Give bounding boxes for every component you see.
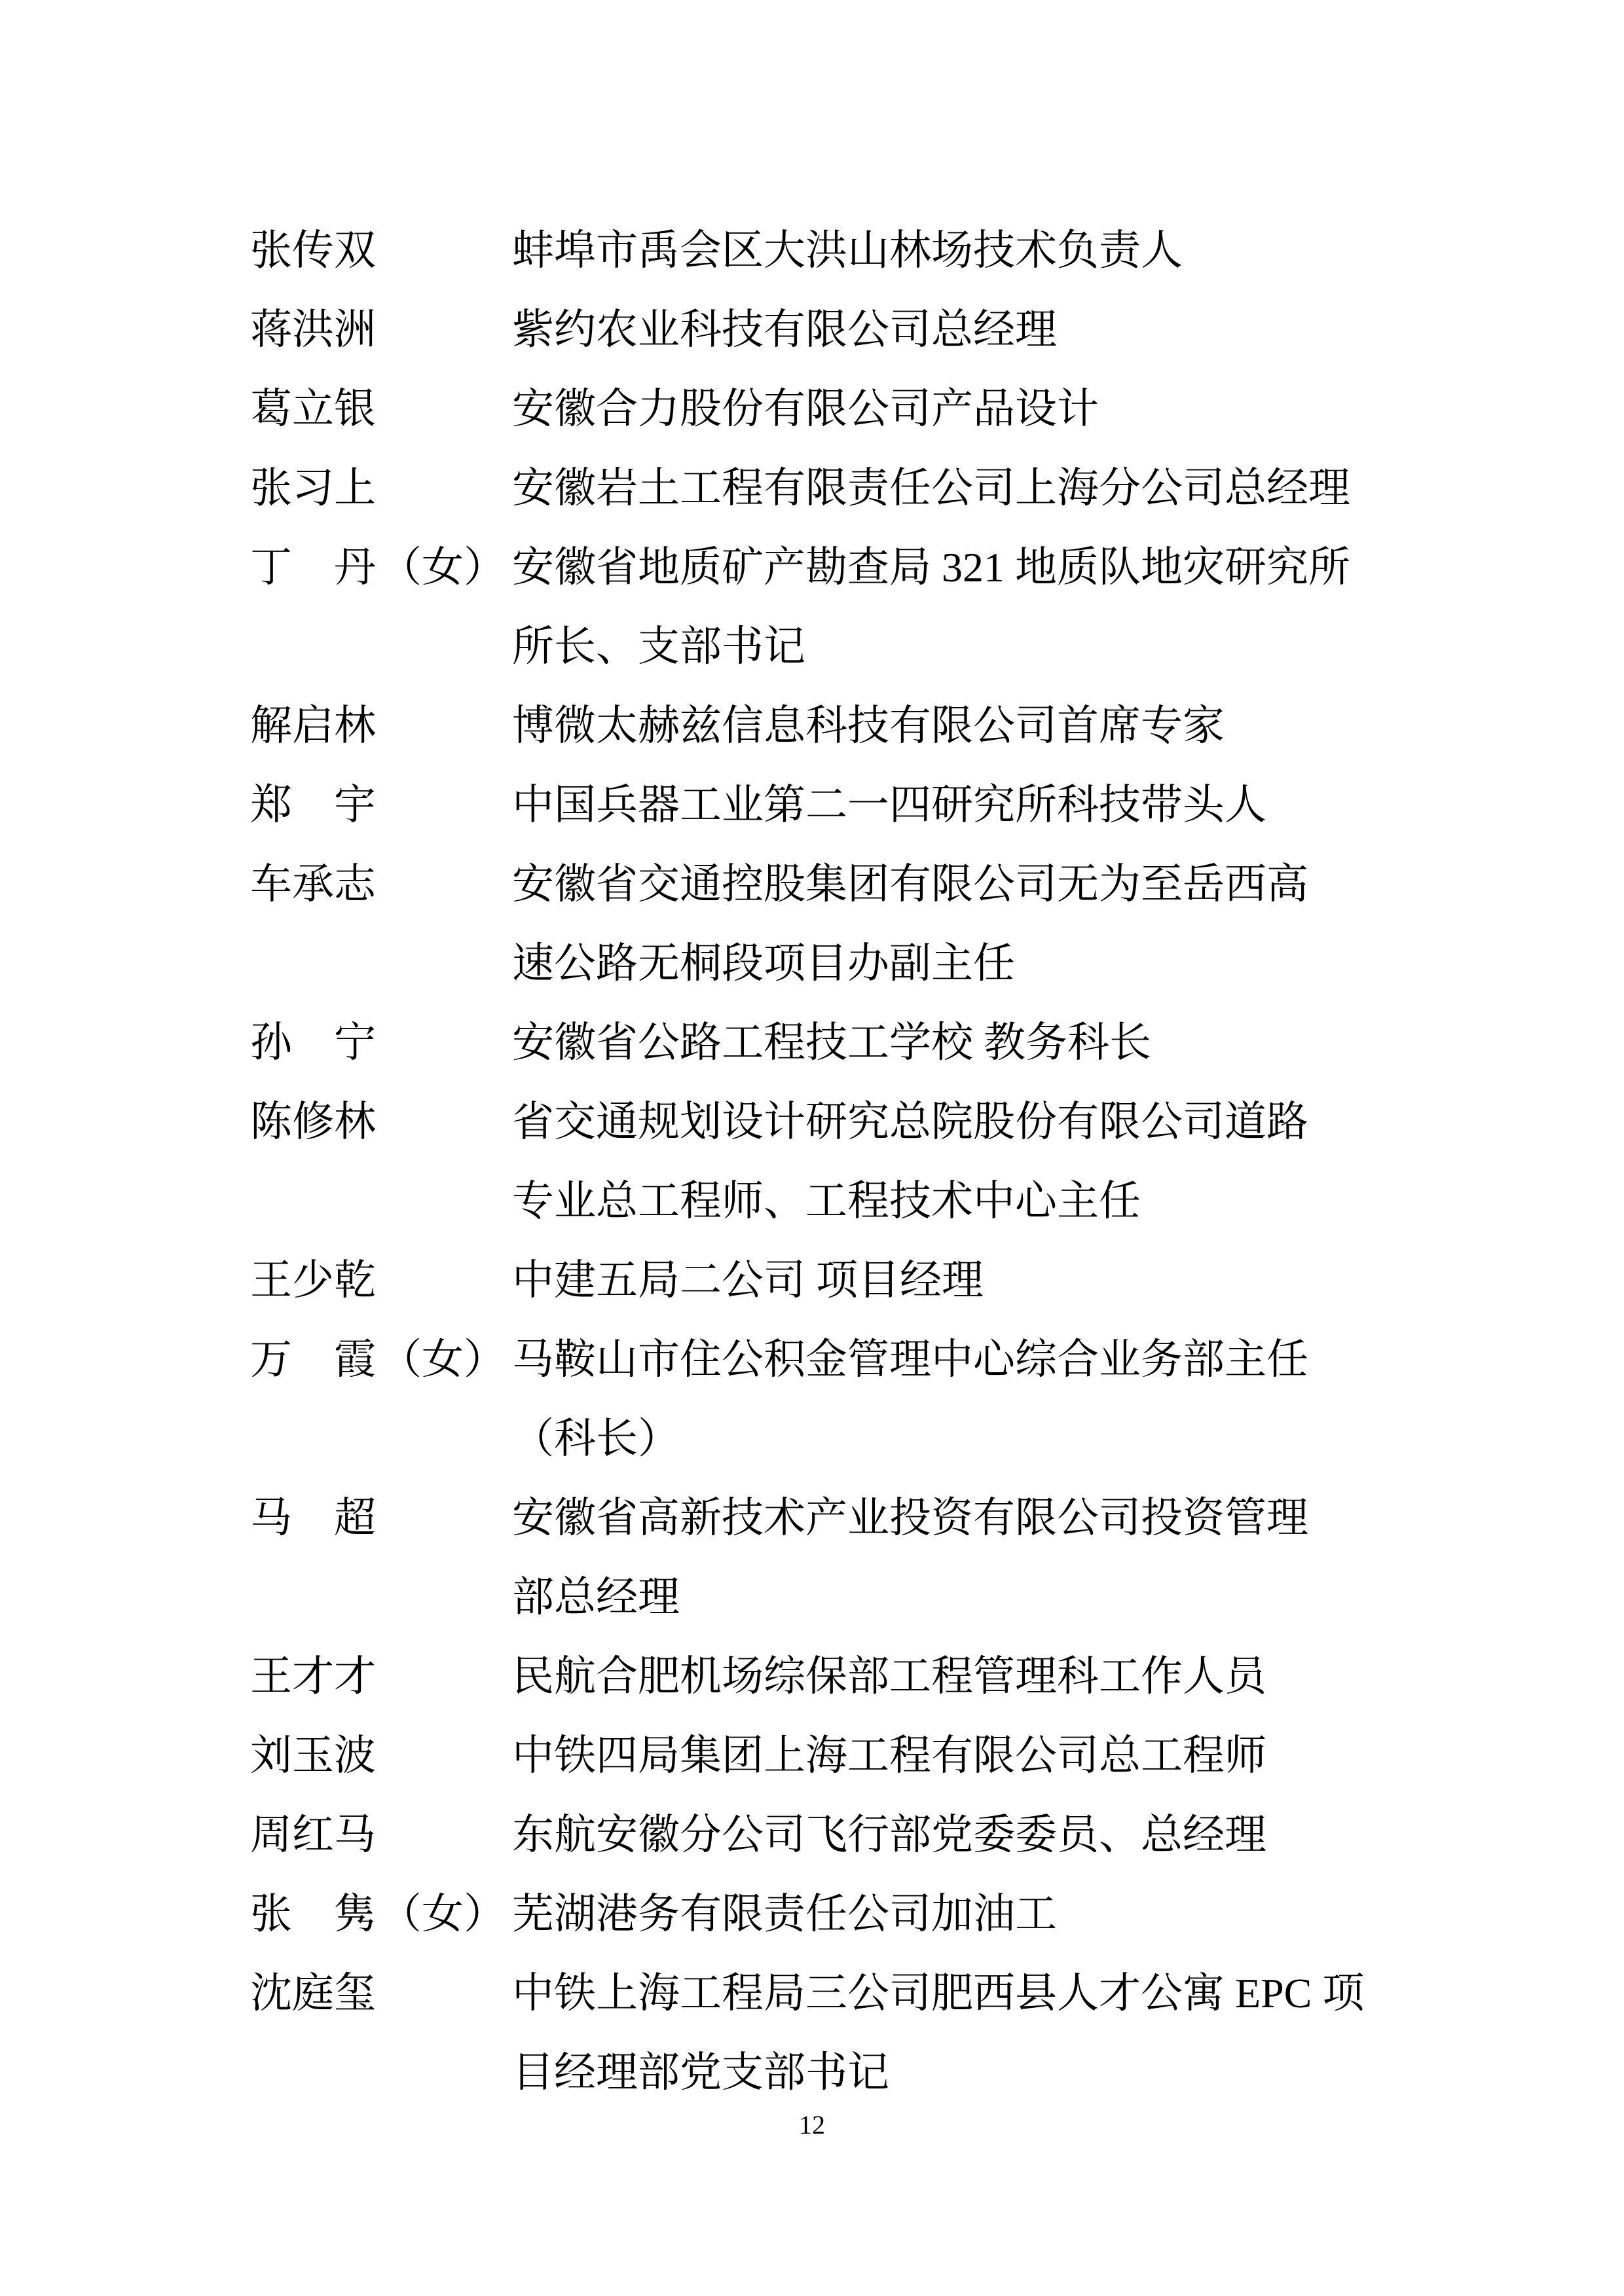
job-title-line: 中铁四局集团上海工程有限公司总工程师 bbox=[512, 1716, 1403, 1795]
name-column: 万 霞（女） bbox=[250, 1320, 512, 1399]
title-column: 中铁四局集团上海工程有限公司总工程师 bbox=[512, 1716, 1403, 1795]
job-title-line: （科长） bbox=[512, 1399, 1403, 1478]
person-name: 万 霞 bbox=[250, 1320, 376, 1399]
name-column: 张传双 bbox=[250, 211, 512, 290]
title-column: 中建五局二公司 项目经理 bbox=[512, 1241, 1403, 1320]
list-item: 王少乾 中建五局二公司 项目经理 bbox=[250, 1241, 1403, 1320]
list-item: 张习上 安徽岩土工程有限责任公司上海分公司总经理 bbox=[250, 448, 1403, 528]
title-column: 省交通规划设计研究总院股份有限公司道路 专业总工程师、工程技术中心主任 bbox=[512, 1082, 1403, 1241]
person-name: 葛立银 bbox=[250, 369, 376, 448]
person-name: 蒋洪洲 bbox=[250, 290, 376, 369]
list-item: 解启林 博微太赫兹信息科技有限公司首席专家 bbox=[250, 686, 1403, 765]
title-column: 安徽省交通控股集团有限公司无为至岳西高 速公路无桐段项目办副主任 bbox=[512, 845, 1403, 1003]
job-title-line: 芜湖港务有限责任公司加油工 bbox=[512, 1874, 1403, 1954]
job-title-line: 安徽省地质矿产勘查局 321 地质队地灾研究所 bbox=[512, 528, 1403, 607]
title-column: 紫约农业科技有限公司总经理 bbox=[512, 290, 1403, 369]
title-column: 安徽岩土工程有限责任公司上海分公司总经理 bbox=[512, 448, 1403, 528]
name-column: 葛立银 bbox=[250, 369, 512, 448]
job-title-line: 部总经理 bbox=[512, 1558, 1403, 1637]
page-footer: 12 bbox=[0, 2109, 1624, 2141]
title-column: 安徽省高新技术产业投资有限公司投资管理 部总经理 bbox=[512, 1478, 1403, 1637]
name-column: 张 隽（女） bbox=[250, 1874, 512, 1954]
title-column: 民航合肥机场综保部工程管理科工作人员 bbox=[512, 1637, 1403, 1716]
job-title-line: 速公路无桐段项目办副主任 bbox=[512, 924, 1403, 1003]
name-column: 王少乾 bbox=[250, 1241, 512, 1320]
name-column: 解启林 bbox=[250, 686, 512, 765]
name-column: 张习上 bbox=[250, 448, 512, 528]
job-title-line: 安徽省公路工程技工学校 教务科长 bbox=[512, 1003, 1403, 1082]
name-column: 陈修林 bbox=[250, 1082, 512, 1161]
job-title-line: 安徽岩土工程有限责任公司上海分公司总经理 bbox=[512, 448, 1403, 528]
job-title-line: 马鞍山市住公积金管理中心综合业务部主任 bbox=[512, 1320, 1403, 1399]
title-column: 东航安徽分公司飞行部党委委员、总经理 bbox=[512, 1795, 1403, 1874]
name-column: 孙 宁 bbox=[250, 1003, 512, 1082]
name-column: 车承志 bbox=[250, 845, 512, 924]
name-column: 刘玉波 bbox=[250, 1716, 512, 1795]
person-name: 张 隽 bbox=[250, 1874, 376, 1954]
list-item: 张 隽（女） 芜湖港务有限责任公司加油工 bbox=[250, 1874, 1403, 1954]
gender-marker: （女） bbox=[380, 1320, 506, 1399]
job-title-line: 紫约农业科技有限公司总经理 bbox=[512, 290, 1403, 369]
title-column: 芜湖港务有限责任公司加油工 bbox=[512, 1874, 1403, 1954]
job-title-line: 中铁上海工程局三公司肥西县人才公寓 EPC 项 bbox=[512, 1954, 1403, 2033]
job-title-line: 所长、支部书记 bbox=[512, 607, 1403, 686]
job-title-line: 民航合肥机场综保部工程管理科工作人员 bbox=[512, 1637, 1403, 1716]
person-name: 解启林 bbox=[250, 686, 376, 765]
list-item: 陈修林 省交通规划设计研究总院股份有限公司道路 专业总工程师、工程技术中心主任 bbox=[250, 1082, 1403, 1241]
gender-marker: （女） bbox=[380, 1874, 506, 1954]
name-column: 沈庭玺 bbox=[250, 1954, 512, 2033]
job-title-line: 东航安徽分公司飞行部党委委员、总经理 bbox=[512, 1795, 1403, 1874]
list-item: 周红马 东航安徽分公司飞行部党委委员、总经理 bbox=[250, 1795, 1403, 1874]
person-name: 王才才 bbox=[250, 1637, 376, 1716]
list-item: 马 超 安徽省高新技术产业投资有限公司投资管理 部总经理 bbox=[250, 1478, 1403, 1637]
title-column: 安徽合力股份有限公司产品设计 bbox=[512, 369, 1403, 448]
job-title-line: 安徽省高新技术产业投资有限公司投资管理 bbox=[512, 1478, 1403, 1558]
title-column: 中国兵器工业第二一四研究所科技带头人 bbox=[512, 765, 1403, 845]
job-title-line: 博微太赫兹信息科技有限公司首席专家 bbox=[512, 686, 1403, 765]
person-name: 丁 丹 bbox=[250, 528, 376, 607]
person-name: 沈庭玺 bbox=[250, 1954, 376, 2033]
list-item: 郑 宇 中国兵器工业第二一四研究所科技带头人 bbox=[250, 765, 1403, 845]
title-column: 安徽省公路工程技工学校 教务科长 bbox=[512, 1003, 1403, 1082]
list-item: 王才才 民航合肥机场综保部工程管理科工作人员 bbox=[250, 1637, 1403, 1716]
job-title-line: 安徽合力股份有限公司产品设计 bbox=[512, 369, 1403, 448]
person-name: 孙 宁 bbox=[250, 1003, 376, 1082]
person-name: 陈修林 bbox=[250, 1082, 376, 1161]
name-column: 王才才 bbox=[250, 1637, 512, 1716]
list-item: 张传双 蚌埠市禹会区大洪山林场技术负责人 bbox=[250, 211, 1403, 290]
name-column: 郑 宇 bbox=[250, 765, 512, 845]
title-column: 马鞍山市住公积金管理中心综合业务部主任 （科长） bbox=[512, 1320, 1403, 1478]
page-number: 12 bbox=[799, 2110, 825, 2140]
list-item: 丁 丹（女） 安徽省地质矿产勘查局 321 地质队地灾研究所 所长、支部书记 bbox=[250, 528, 1403, 686]
job-title-line: 省交通规划设计研究总院股份有限公司道路 bbox=[512, 1082, 1403, 1161]
person-name: 张传双 bbox=[250, 211, 376, 290]
person-name: 郑 宇 bbox=[250, 765, 376, 845]
personnel-list: 张传双 蚌埠市禹会区大洪山林场技术负责人 蒋洪洲 紫约农业科技有限公司总经理 葛… bbox=[250, 211, 1403, 2112]
name-column: 马 超 bbox=[250, 1478, 512, 1558]
title-column: 蚌埠市禹会区大洪山林场技术负责人 bbox=[512, 211, 1403, 290]
title-column: 中铁上海工程局三公司肥西县人才公寓 EPC 项 目经理部党支部书记 bbox=[512, 1954, 1403, 2112]
person-name: 刘玉波 bbox=[250, 1716, 376, 1795]
list-item: 刘玉波 中铁四局集团上海工程有限公司总工程师 bbox=[250, 1716, 1403, 1795]
person-name: 王少乾 bbox=[250, 1241, 376, 1320]
name-column: 周红马 bbox=[250, 1795, 512, 1874]
person-name: 周红马 bbox=[250, 1795, 376, 1874]
job-title-line: 目经理部党支部书记 bbox=[512, 2033, 1403, 2112]
person-name: 车承志 bbox=[250, 845, 376, 924]
person-name: 马 超 bbox=[250, 1478, 376, 1558]
list-item: 蒋洪洲 紫约农业科技有限公司总经理 bbox=[250, 290, 1403, 369]
list-item: 车承志 安徽省交通控股集团有限公司无为至岳西高 速公路无桐段项目办副主任 bbox=[250, 845, 1403, 1003]
job-title-line: 中国兵器工业第二一四研究所科技带头人 bbox=[512, 765, 1403, 845]
job-title-line: 安徽省交通控股集团有限公司无为至岳西高 bbox=[512, 845, 1403, 924]
title-column: 安徽省地质矿产勘查局 321 地质队地灾研究所 所长、支部书记 bbox=[512, 528, 1403, 686]
list-item: 万 霞（女） 马鞍山市住公积金管理中心综合业务部主任 （科长） bbox=[250, 1320, 1403, 1478]
person-name: 张习上 bbox=[250, 448, 376, 528]
list-item: 葛立银 安徽合力股份有限公司产品设计 bbox=[250, 369, 1403, 448]
name-column: 丁 丹（女） bbox=[250, 528, 512, 607]
job-title-line: 专业总工程师、工程技术中心主任 bbox=[512, 1161, 1403, 1241]
gender-marker: （女） bbox=[380, 528, 506, 607]
list-item: 孙 宁 安徽省公路工程技工学校 教务科长 bbox=[250, 1003, 1403, 1082]
job-title-line: 蚌埠市禹会区大洪山林场技术负责人 bbox=[512, 211, 1403, 290]
name-column: 蒋洪洲 bbox=[250, 290, 512, 369]
job-title-line: 中建五局二公司 项目经理 bbox=[512, 1241, 1403, 1320]
title-column: 博微太赫兹信息科技有限公司首席专家 bbox=[512, 686, 1403, 765]
list-item: 沈庭玺 中铁上海工程局三公司肥西县人才公寓 EPC 项 目经理部党支部书记 bbox=[250, 1954, 1403, 2112]
document-page: 张传双 蚌埠市禹会区大洪山林场技术负责人 蒋洪洲 紫约农业科技有限公司总经理 葛… bbox=[0, 0, 1624, 2296]
